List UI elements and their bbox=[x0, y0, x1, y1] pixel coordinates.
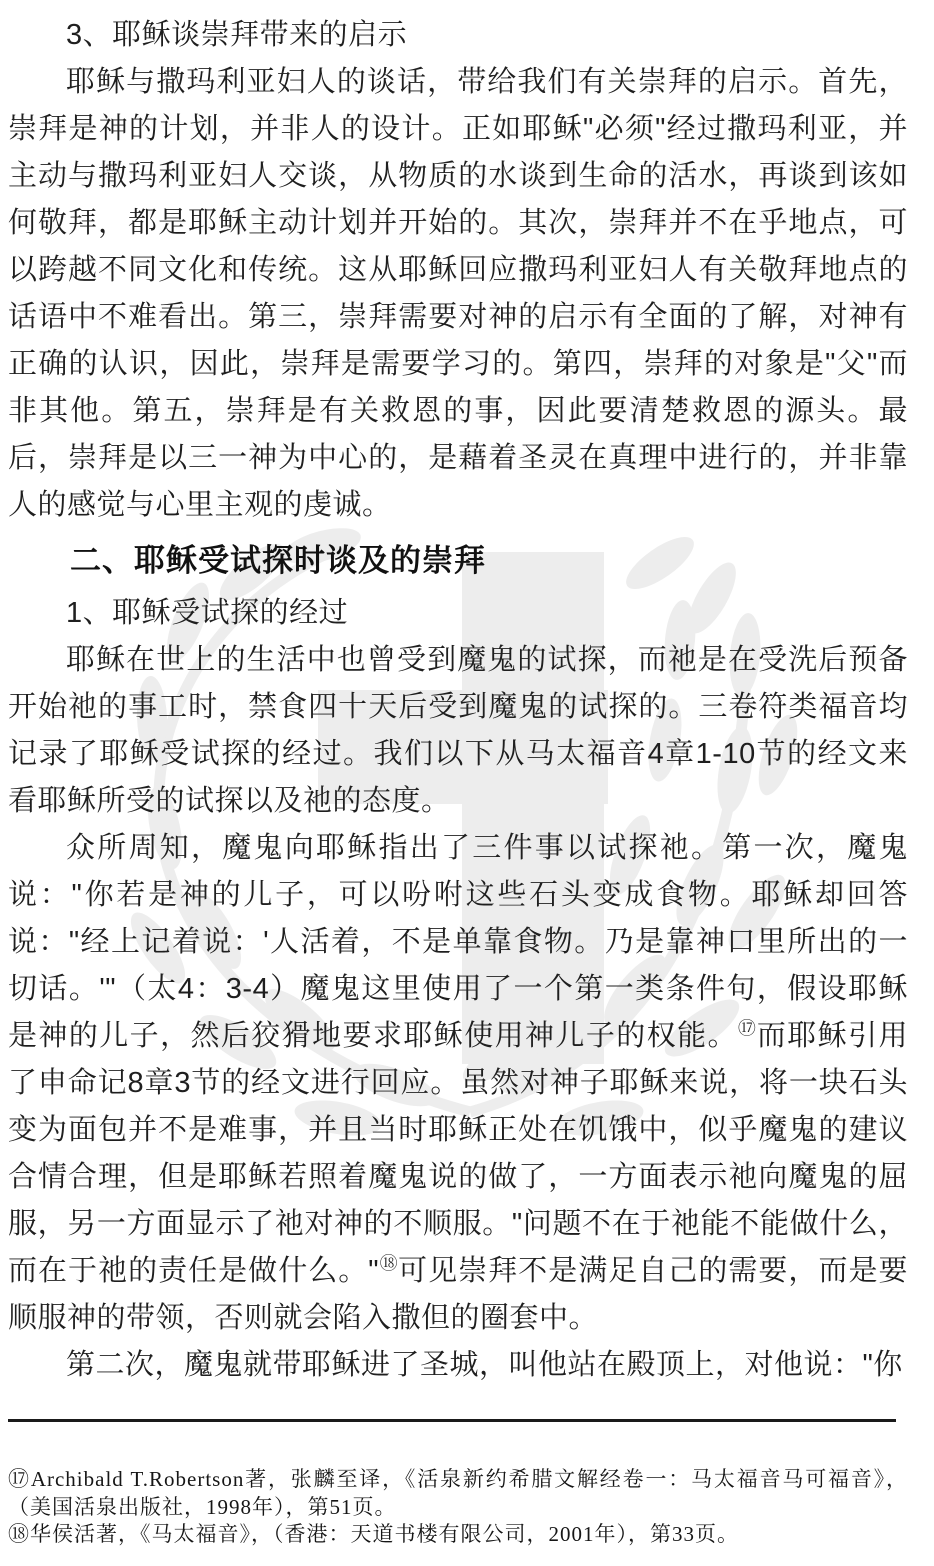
footnotes-section: ⑰Archibald T.Robertson著，张麟至译，《活泉新约希腊文解经卷… bbox=[8, 1466, 908, 1549]
section-heading-2: 二、耶稣受试探时谈及的崇拜 bbox=[8, 537, 908, 584]
footnote-ref-18: ⑱ bbox=[379, 1253, 398, 1273]
paragraph-first-temptation: 众所周知，魔鬼向耶稣指出了三件事以试探祂。第一次，魔鬼说："你若是神的儿子，可以… bbox=[8, 825, 908, 1342]
document-page: 3、耶稣谈崇拜带来的启示 耶稣与撒玛利亚妇人的谈话，带给我们有关崇拜的启示。首先… bbox=[0, 0, 934, 1566]
subheading-1: 1、耶稣受试探的经过 bbox=[8, 590, 908, 637]
subheading-3: 3、耶稣谈崇拜带来的启示 bbox=[8, 12, 908, 59]
paragraph-temptation-intro: 耶稣在世上的生活中也曾受到魔鬼的试探，而祂是在受洗后预备开始祂的事工时，禁食四十… bbox=[8, 637, 908, 825]
paragraph-text: 而耶稣引用了申命记8章3节的经文进行回应。虽然对神子耶稣来说，将一块石头变为面包… bbox=[8, 1020, 908, 1287]
paragraph-text: 众所周知，魔鬼向耶稣指出了三件事以试探祂。第一次，魔鬼说："你若是神的儿子，可以… bbox=[8, 832, 908, 1052]
footnote-separator-line bbox=[8, 1419, 896, 1422]
paragraph-second-temptation: 第二次，魔鬼就带耶稣进了圣城，叫他站在殿顶上，对他说："你 bbox=[8, 1342, 908, 1389]
footnote-ref-17: ⑰ bbox=[738, 1018, 757, 1038]
paragraph-worship-insights: 耶稣与撒玛利亚妇人的谈话，带给我们有关崇拜的启示。首先，崇拜是神的计划，并非人的… bbox=[8, 59, 908, 529]
page-content: 3、耶稣谈崇拜带来的启示 耶稣与撒玛利亚妇人的谈话，带给我们有关崇拜的启示。首先… bbox=[0, 0, 934, 1549]
footnote-18: ⑱华侯活著，《马太福音》，（香港：天道书楼有限公司，2001年），第33页。 bbox=[8, 1521, 908, 1549]
footnote-17: ⑰Archibald T.Robertson著，张麟至译，《活泉新约希腊文解经卷… bbox=[8, 1466, 908, 1521]
